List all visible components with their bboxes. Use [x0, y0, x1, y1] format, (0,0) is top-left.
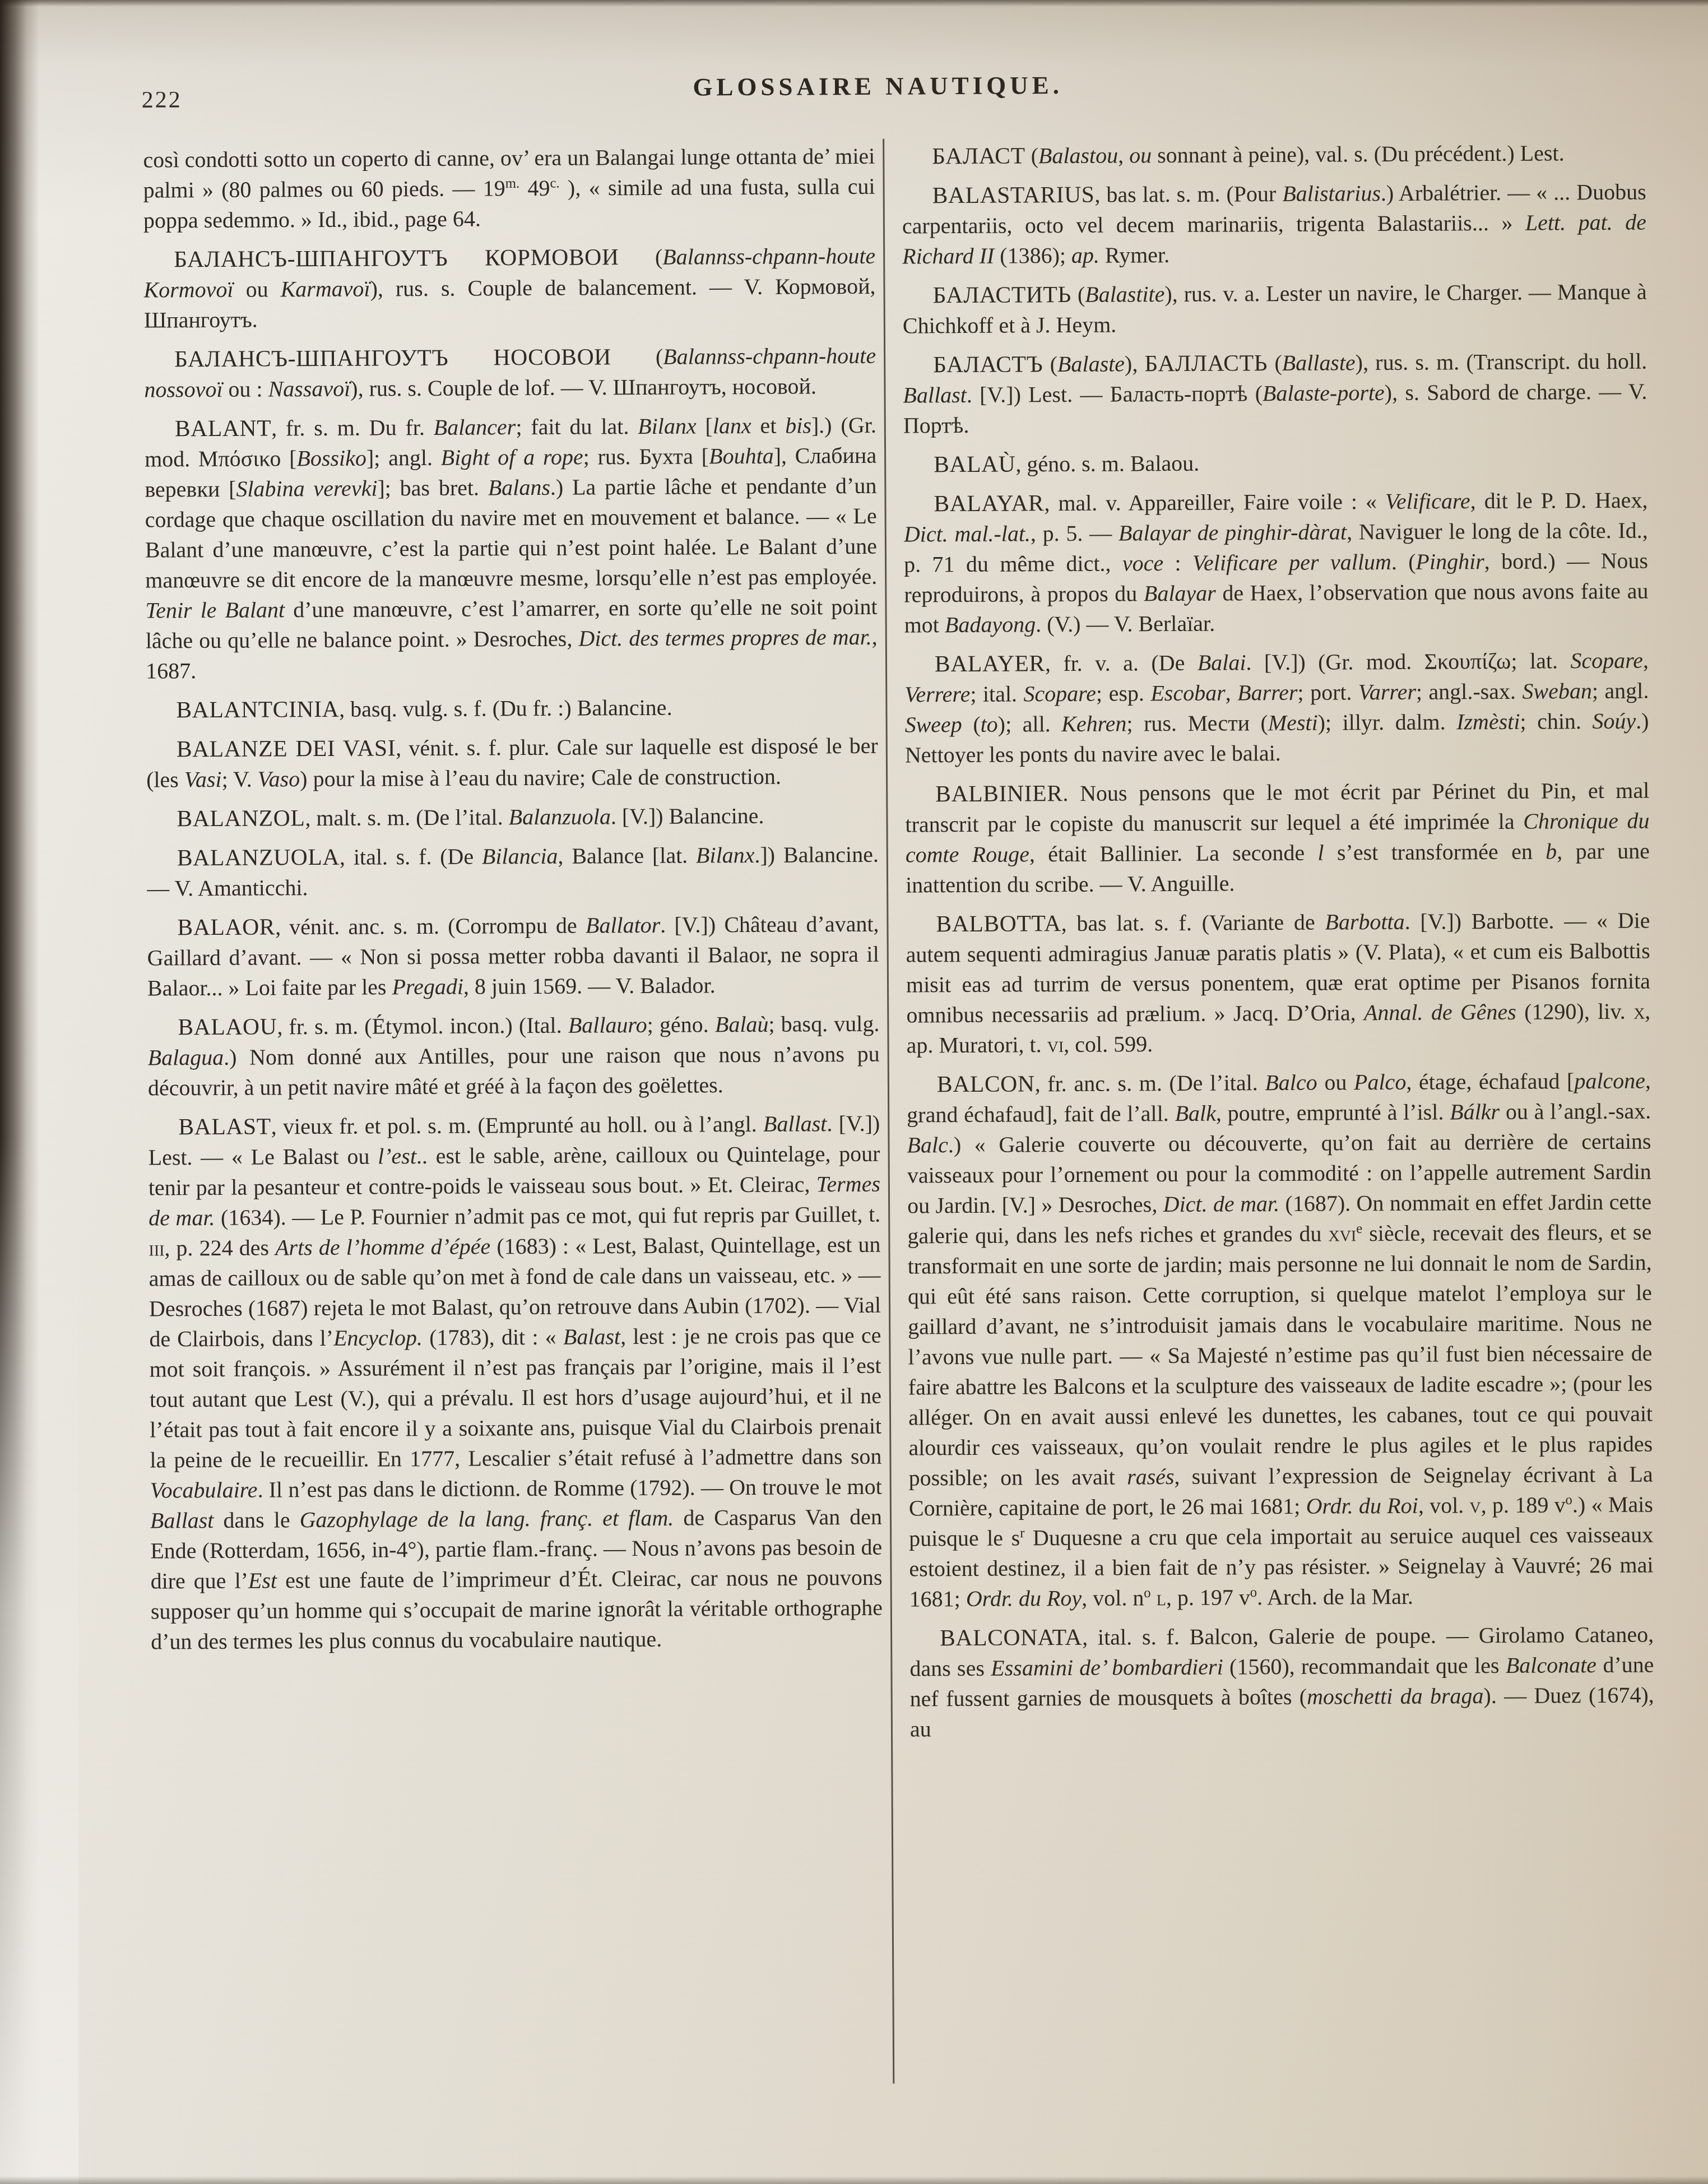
entry-headword: BALANT: [175, 415, 272, 441]
entry-body: , fr. s. m. Du fr. Balancer; fait du lat…: [145, 412, 878, 684]
dictionary-entry: BALBOTTA, bas lat. s. f. (Variante de Ba…: [906, 905, 1650, 1061]
entry-body: , géno. s. m. Balaou.: [1015, 451, 1199, 477]
left-column: così condotti sotto un coperto di canne,…: [143, 141, 885, 2151]
entry-headword: BALCON: [937, 1070, 1035, 1097]
dictionary-entry: БАЛАНСЪ-ШПАНГОУТЪ НОСОВОИ (Balannss-chpa…: [144, 340, 876, 405]
dictionary-entry: БАЛАСТЪ (Balaste), БАЛЛАСТЬ (Ballaste), …: [903, 346, 1647, 441]
entry-headword: BALAOU: [178, 1013, 277, 1040]
dictionary-entry: BALANT, fr. s. m. Du fr. Balancer; fait …: [145, 410, 878, 687]
dictionary-entry: BALANTCINIA, basq. vulg. s. f. (Du fr. :…: [146, 691, 878, 726]
entry-headword: BALAST: [178, 1113, 271, 1139]
dictionary-entry: BALAOR, vénit. anc. s. m. (Corrompu de B…: [147, 908, 879, 1004]
entry-body: , vieux fr. et pol. s. m. (Emprunté au h…: [148, 1111, 883, 1654]
entry-headword: БАЛАНСЪ-ШПАНГОУТЪ КОРМОВОИ: [174, 244, 619, 272]
entry-headword: БАЛАСТЪ: [933, 351, 1043, 377]
dictionary-entry: così condotti sotto un coperto di canne,…: [143, 141, 875, 236]
dictionary-entry: BALASTARIUS, bas lat. s. m. (Pour Balist…: [902, 177, 1647, 272]
entry-headword: BALBINIER: [935, 780, 1062, 806]
entry-headword: БАЛАСТИТЬ: [932, 281, 1071, 308]
dictionary-entry: БАЛАНСЪ-ШПАНГОУТЪ КОРМОВОИ (Balannss-chp…: [143, 240, 876, 336]
dictionary-entry: BALAYER, fr. v. a. (De Balai. [V.]) (Gr.…: [904, 645, 1649, 771]
entry-headword: BALAYER: [935, 650, 1045, 676]
dictionary-entry: BALCON, fr. anc. s. m. (De l’ital. Balco…: [907, 1065, 1654, 1615]
dictionary-entry: BALAST, vieux fr. et pol. s. m. (Emprunt…: [148, 1108, 883, 1657]
entry-headword: BALAÙ: [934, 451, 1016, 477]
dictionary-entry: BALANZUOLA, ital. s. f. (De Bilancia, Ba…: [147, 839, 879, 904]
entry-headword: BALASTARIUS: [932, 182, 1095, 208]
entry-headword: BALANTCINIA: [176, 696, 339, 723]
entry-body: , malt. s. m. (De l’ital. Balanzuola. [V…: [305, 803, 764, 831]
dictionary-entry: BALBINIER. Nous pensons que le mot écrit…: [905, 775, 1650, 901]
dictionary-entry: БАЛАСТИТЬ (Balastite), rus. v. a. Lester…: [902, 276, 1647, 341]
right-column: БАЛАСТ (Balastou, ou sonnant à peine), v…: [902, 137, 1656, 2148]
entry-body: (Balastou, ou sonnant à peine), val. s. …: [1025, 140, 1564, 168]
entry-headword: BALANZOL: [177, 805, 305, 831]
dictionary-entry: БАЛАСТ (Balastou, ou sonnant à peine), v…: [902, 137, 1646, 172]
dictionary-entry: BALCONATA, ital. s. f. Balcon, Galerie d…: [909, 1619, 1654, 1745]
page-number: 222: [142, 86, 182, 113]
dictionary-entry: BALAOU, fr. s. m. (Étymol. incon.) (Ital…: [147, 1008, 880, 1103]
entry-headword: BALBOTTA: [936, 910, 1061, 936]
entry-headword: БАЛАСТ: [932, 142, 1025, 169]
entry-headword: BALANZE DEI VASI: [177, 735, 396, 762]
entry-headword: БАЛАНСЪ-ШПАНГОУТЪ НОСОВОИ: [174, 344, 611, 372]
entry-headword: BALANZUOLA: [177, 844, 340, 871]
dictionary-entry: BALAYAR, mal. v. Appareiller, Faire voil…: [903, 485, 1648, 641]
entry-headword: BALAOR: [177, 914, 275, 940]
scanned-book-page: { "page": { "number": "222", "running_ti…: [0, 0, 1708, 2184]
entry-body: , basq. vulg. s. f. (Du fr. :) Balancine…: [339, 695, 672, 722]
dictionary-entry: BALANZOL, malt. s. m. (De l’ital. Balanz…: [146, 800, 878, 834]
entry-headword: BALCONATA: [940, 1624, 1082, 1650]
running-title: GLOSSAIRE NAUTIQUE.: [570, 70, 1186, 103]
column-divider-rule: [883, 139, 894, 2084]
page-content: 222 GLOSSAIRE NAUTIQUE. così condotti so…: [0, 0, 1708, 2184]
dictionary-entry: BALAÙ, géno. s. m. Balaou.: [903, 446, 1647, 480]
entry-headword: BALAYAR: [934, 490, 1044, 516]
entry-body: così condotti sotto un coperto di canne,…: [143, 143, 875, 233]
dictionary-entry: BALANZE DEI VASI, vénit. s. f. plur. Cal…: [146, 730, 879, 795]
entry-body: , fr. anc. s. m. (De l’ital. Balco ou Pa…: [907, 1068, 1653, 1612]
